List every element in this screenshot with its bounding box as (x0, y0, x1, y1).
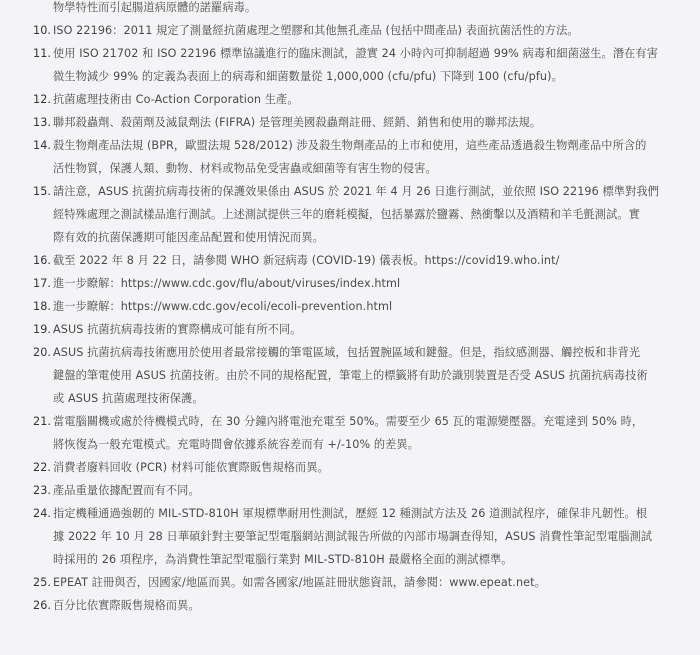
footnote-text: 或 ASUS 抗菌處理技術保護。 (53, 387, 204, 410)
footnote-number: 22. (33, 456, 51, 479)
footnote-text: EPEAT 註冊與否，因國家/地區而異。如需各國家/地區註冊狀態資訊，請參閱：w… (53, 571, 546, 594)
footnote-text: 據 2022 年 10 月 28 日華碩針對主要筆記型電腦網站測試報告所做的內部… (53, 525, 652, 548)
footnote-text: 進一步瞭解：https://www.cdc.gov/ecoli/ecoli-pr… (53, 295, 392, 318)
footnote-number: 24. (33, 502, 51, 525)
footnote-line: 21.當電腦關機或處於待機模式時，在 30 分鐘內將電池充電至 50%。需要至少… (0, 410, 700, 433)
footnote-line: 15.請注意，ASUS 抗菌抗病毒技術的保護效果係由 ASUS 於 2021 年… (0, 180, 700, 203)
footnote-line: 16.截至 2022 年 8 月 22 日，請參閱 WHO 新冠病毒 (COVI… (0, 249, 700, 272)
footnote-line: 20.ASUS 抗菌抗病毒技術應用於使用者最常接觸的筆電區域，包括置腕區域和鍵盤… (0, 341, 700, 364)
footnote-number: 16. (33, 249, 51, 272)
footnote-line: 13.聯邦殺蟲劑、殺菌劑及滅鼠劑法 (FIFRA) 是管理美國殺蟲劑註冊、經銷、… (0, 111, 700, 134)
footnote-line: 24.指定機種通過強韌的 MIL-STD-810H 軍規標準耐用性測試，歷經 1… (0, 502, 700, 525)
footnote-text: 進一步瞭解：https://www.cdc.gov/flu/about/viru… (53, 272, 400, 295)
footnote-line: 10.ISO 22196：2011 規定了測量經抗菌處理之塑膠和其他無孔產品 (… (0, 19, 700, 42)
footnote-number: 19. (33, 318, 51, 341)
footnote-line: 將恢復為一般充電模式。充電時間會依據系統容差而有 +/-10% 的差異。 (0, 433, 700, 456)
footnote-number: 26. (33, 594, 51, 617)
footnote-number: 11. (33, 42, 51, 65)
footnote-line: 26.百分比依實際販售規格而異。 (0, 594, 700, 617)
footnote-text: 百分比依實際販售規格而異。 (53, 594, 200, 617)
footnote-text: 際有效的抗菌保護期可能因產品配置和使用情況而異。 (53, 226, 324, 249)
footnote-number: 18. (33, 295, 51, 318)
footnote-line: 或 ASUS 抗菌處理技術保護。 (0, 387, 700, 410)
footnote-number: 15. (33, 180, 51, 203)
footnote-line: 18.進一步瞭解：https://www.cdc.gov/ecoli/ecoli… (0, 295, 700, 318)
footnote-number: 14. (33, 134, 51, 157)
footnote-text: 消費者廢料回收 (PCR) 材料可能依實際販售規格而異。 (53, 456, 329, 479)
footnote-text: 活性物質，保護人類、動物、材料或物品免受害蟲或細菌等有害生物的侵害。 (53, 157, 437, 180)
footnote-line: 活性物質，保護人類、動物、材料或物品免受害蟲或細菌等有害生物的侵害。 (0, 157, 700, 180)
footnote-text: ISO 22196：2011 規定了測量經抗菌處理之塑膠和其他無孔產品 (包括中… (53, 19, 579, 42)
footnote-text: 時採用的 26 項程序，為消費性筆記型電腦行業對 MIL-STD-810H 最嚴… (53, 548, 513, 571)
footnote-line: 25.EPEAT 註冊與否，因國家/地區而異。如需各國家/地區註冊狀態資訊，請參… (0, 571, 700, 594)
footnote-line: 際有效的抗菌保護期可能因產品配置和使用情況而異。 (0, 226, 700, 249)
footnote-text: 指定機種通過強韌的 MIL-STD-810H 軍規標準耐用性測試，歷經 12 種… (53, 502, 647, 525)
footnote-text: 請注意，ASUS 抗菌抗病毒技術的保護效果係由 ASUS 於 2021 年 4 … (53, 180, 659, 203)
footnote-text: 物學特性而引起腸道病原體的諾羅病毒。 (53, 0, 256, 19)
footnote-number: 21. (33, 410, 51, 433)
footnote-line: 微生物減少 99% 的定義為表面上的病毒和細菌數量從 1,000,000 (cf… (0, 65, 700, 88)
footnote-line: 時採用的 26 項程序，為消費性筆記型電腦行業對 MIL-STD-810H 最嚴… (0, 548, 700, 571)
footnote-text: 當電腦關機或處於待機模式時，在 30 分鐘內將電池充電至 50%。需要至少 65… (53, 410, 643, 433)
footnote-text: 微生物減少 99% 的定義為表面上的病毒和細菌數量從 1,000,000 (cf… (53, 65, 563, 88)
footnote-text: 將恢復為一般充電模式。充電時間會依據系統容差而有 +/-10% 的差異。 (53, 433, 419, 456)
footnote-text: ASUS 抗菌抗病毒技術應用於使用者最常接觸的筆電區域，包括置腕區域和鍵盤。但是… (53, 341, 640, 364)
footnote-number: 25. (33, 571, 51, 594)
footnote-line: 經特殊處理之測試樣品進行測試。上述測試提供三年的磨耗模擬，包括暴露於鹽霧、熱衝擊… (0, 203, 700, 226)
footnote-line: 17.進一步瞭解：https://www.cdc.gov/flu/about/v… (0, 272, 700, 295)
footnote-text: 殺生物劑產品法規 (BPR，歐盟法規 528/2012) 涉及殺生物劑產品的上市… (53, 134, 646, 157)
footnote-text: 鍵盤的筆電使用 ASUS 抗菌技術。由於不同的規格配置，筆電上的標籤將有助於識別… (53, 364, 648, 387)
footnote-text: 聯邦殺蟲劑、殺菌劑及滅鼠劑法 (FIFRA) 是管理美國殺蟲劑註冊、經銷、銷售和… (53, 111, 541, 134)
footnote-line: 11.使用 ISO 21702 和 ISO 22196 標準協議進行的臨床測試，… (0, 42, 700, 65)
footnote-line: 12.抗菌處理技術由 Co-Action Corporation 生產。 (0, 88, 700, 111)
footnote-text: 使用 ISO 21702 和 ISO 22196 標準協議進行的臨床測試，證實 … (53, 42, 658, 65)
footnote-line: 鍵盤的筆電使用 ASUS 抗菌技術。由於不同的規格配置，筆電上的標籤將有助於識別… (0, 364, 700, 387)
footnotes-list: 物學特性而引起腸道病原體的諾羅病毒。 10.ISO 22196：2011 規定了… (0, 0, 700, 617)
footnote-text: 截至 2022 年 8 月 22 日，請參閱 WHO 新冠病毒 (COVID-1… (53, 249, 559, 272)
footnote-line: 22.消費者廢料回收 (PCR) 材料可能依實際販售規格而異。 (0, 456, 700, 479)
footnote-text: 抗菌處理技術由 Co-Action Corporation 生產。 (53, 88, 299, 111)
footnote-line: 19.ASUS 抗菌抗病毒技術的實際構成可能有所不同。 (0, 318, 700, 341)
footnote-number: 20. (33, 341, 51, 364)
footnote-line: 14.殺生物劑產品法規 (BPR，歐盟法規 528/2012) 涉及殺生物劑產品… (0, 134, 700, 157)
footnote-number: 12. (33, 88, 51, 111)
footnote-text: 產品重量依據配置而有不同。 (53, 479, 200, 502)
footnote-number: 17. (33, 272, 51, 295)
footnote-number: 23. (33, 479, 51, 502)
footnote-line: 據 2022 年 10 月 28 日華碩針對主要筆記型電腦網站測試報告所做的內部… (0, 525, 700, 548)
footnote-line: 物學特性而引起腸道病原體的諾羅病毒。 (0, 0, 700, 19)
footnote-number: 10. (33, 19, 51, 42)
footnote-line: 23.產品重量依據配置而有不同。 (0, 479, 700, 502)
footnote-text: ASUS 抗菌抗病毒技術的實際構成可能有所不同。 (53, 318, 302, 341)
footnote-text: 經特殊處理之測試樣品進行測試。上述測試提供三年的磨耗模擬，包括暴露於鹽霧、熱衝擊… (53, 203, 640, 226)
footnote-number: 13. (33, 111, 51, 134)
